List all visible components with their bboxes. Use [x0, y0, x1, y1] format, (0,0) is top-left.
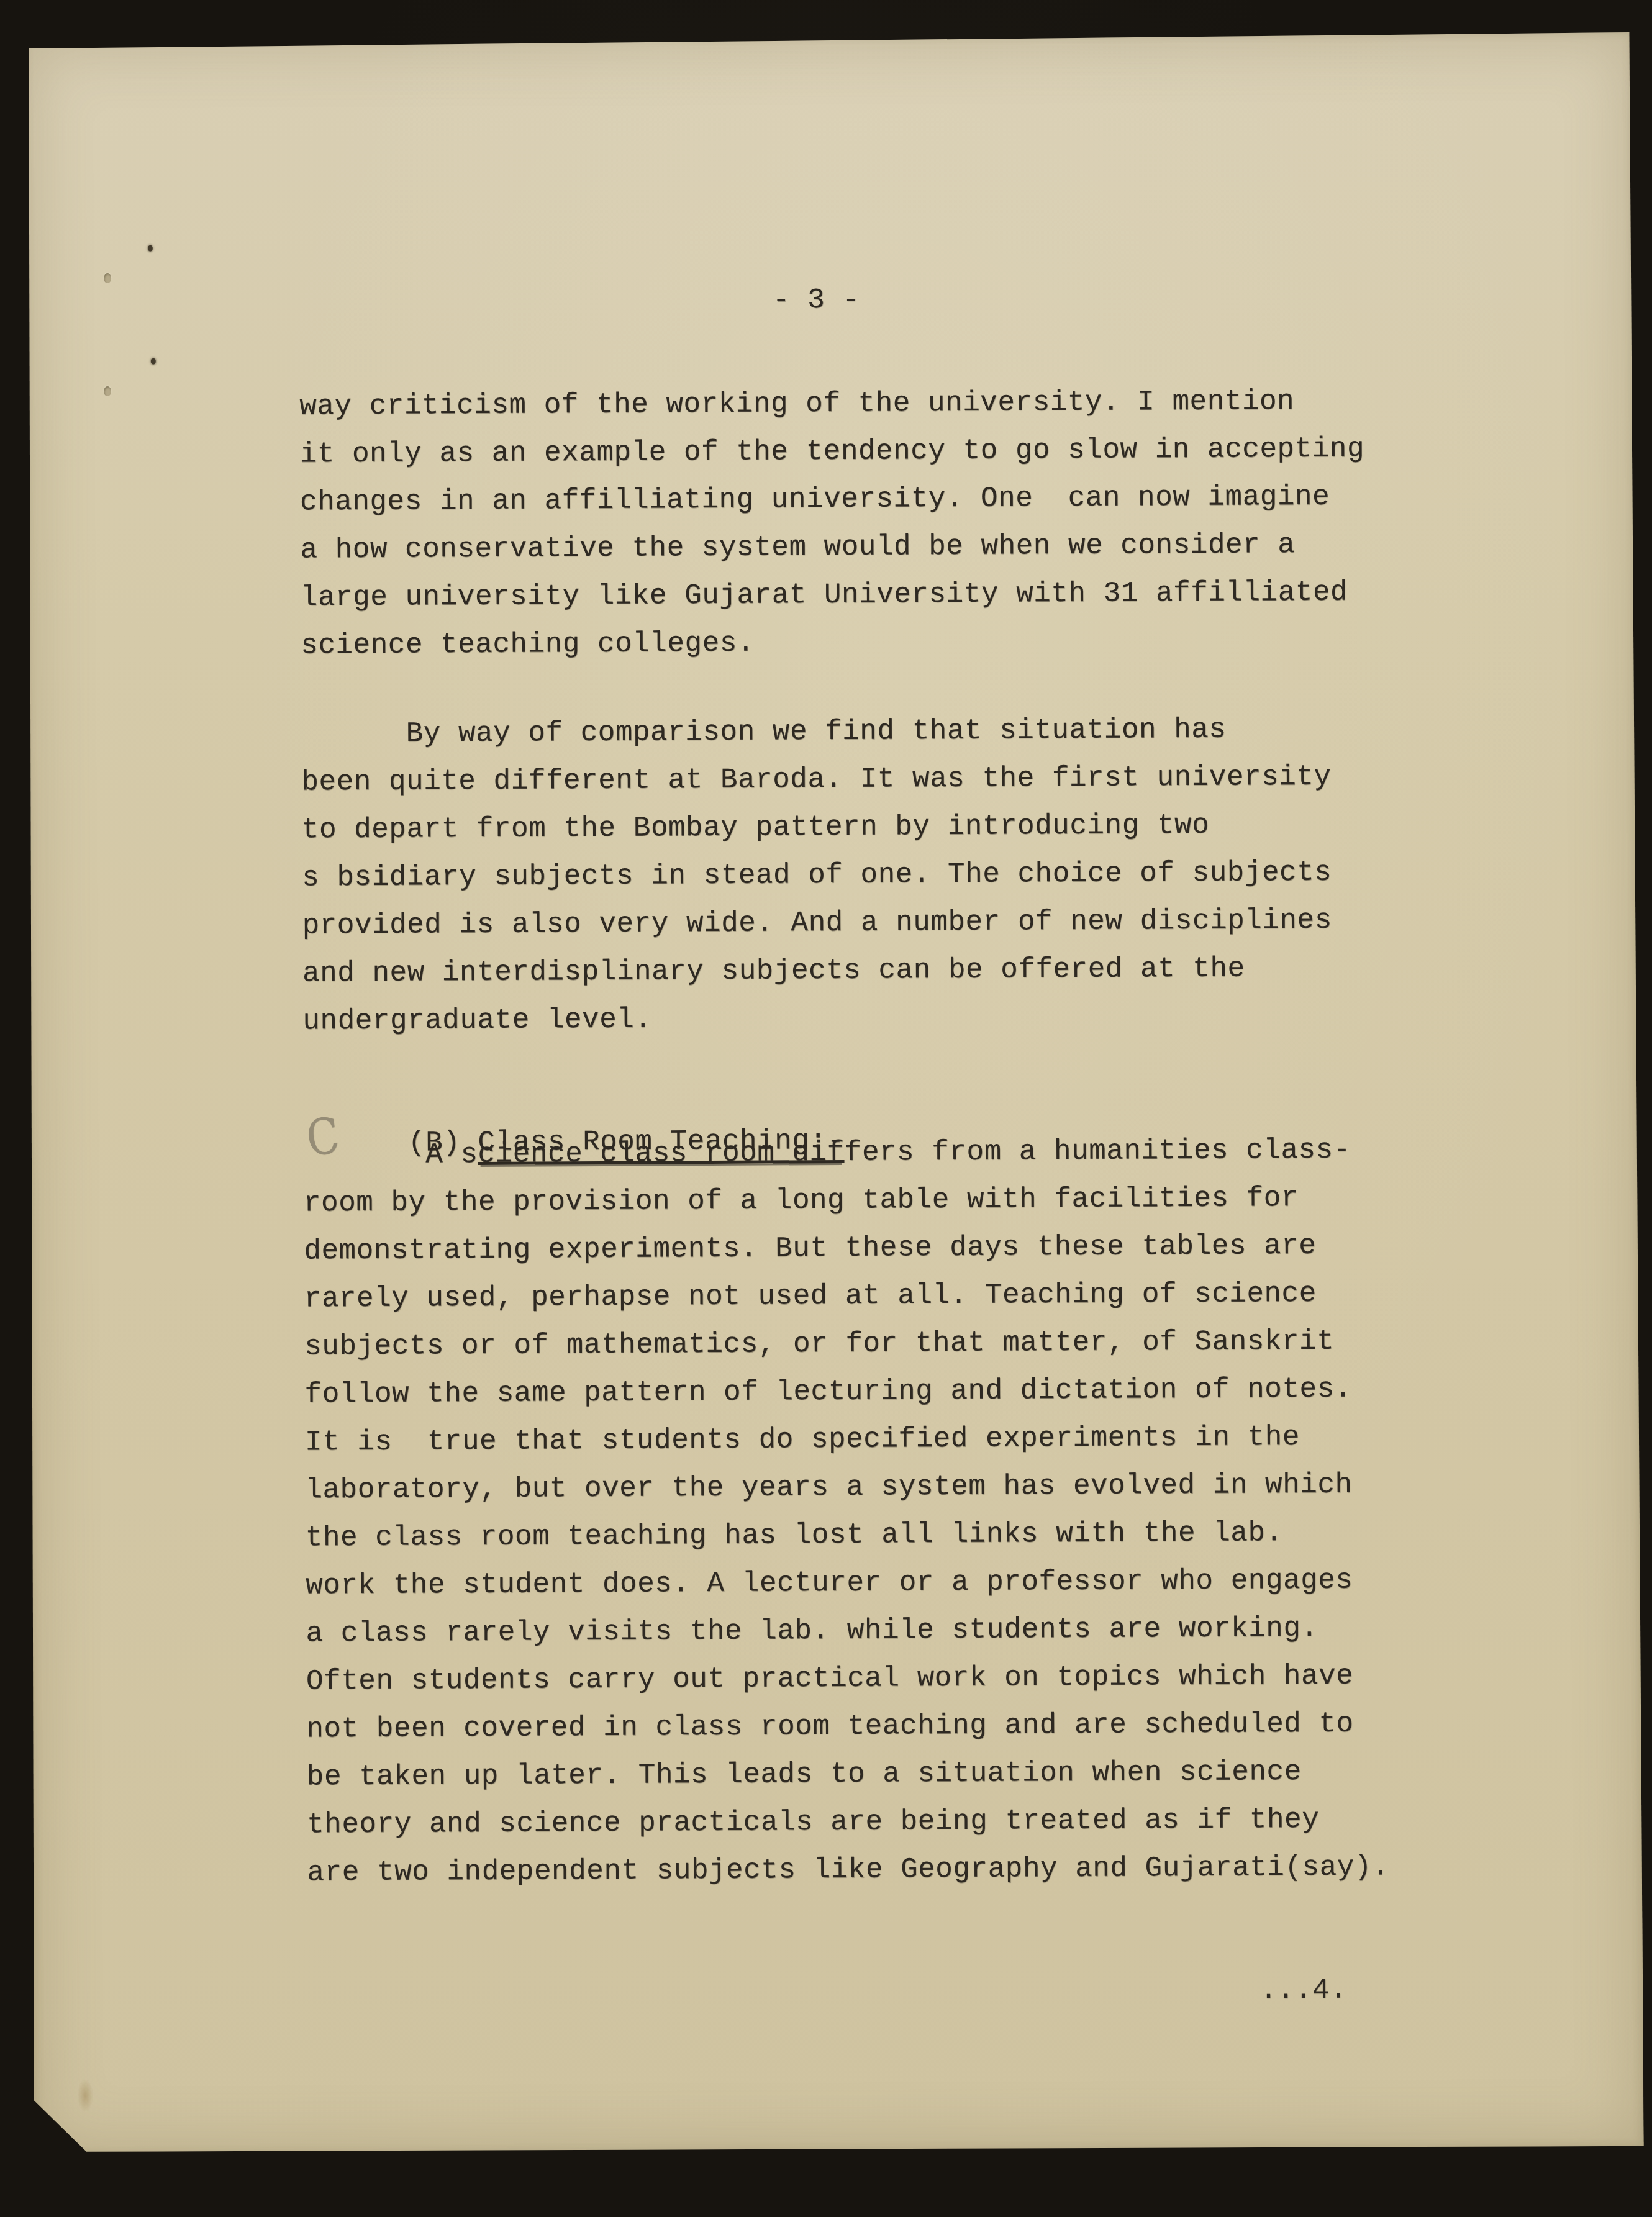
paragraph-classroom-teaching: A science class room differs from a huma…	[303, 1126, 1462, 1897]
pinhole-mark	[151, 358, 156, 365]
pinhole-dent	[104, 273, 111, 283]
scan-background: - 3 - way criticism of the working of th…	[0, 0, 1652, 2217]
paragraph-baroda-comparison: By way of comparison we find that situat…	[301, 705, 1433, 1046]
paper-stain	[77, 2079, 93, 2112]
page-number: - 3 -	[645, 276, 987, 325]
document-page: - 3 - way criticism of the working of th…	[23, 30, 1644, 2157]
paragraph-university-criticism: way criticism of the working of the univ…	[299, 377, 1431, 670]
pinhole-dent	[104, 386, 111, 396]
pinhole-mark	[148, 245, 153, 252]
continuation-mark: ...4.	[1259, 1967, 1347, 2015]
